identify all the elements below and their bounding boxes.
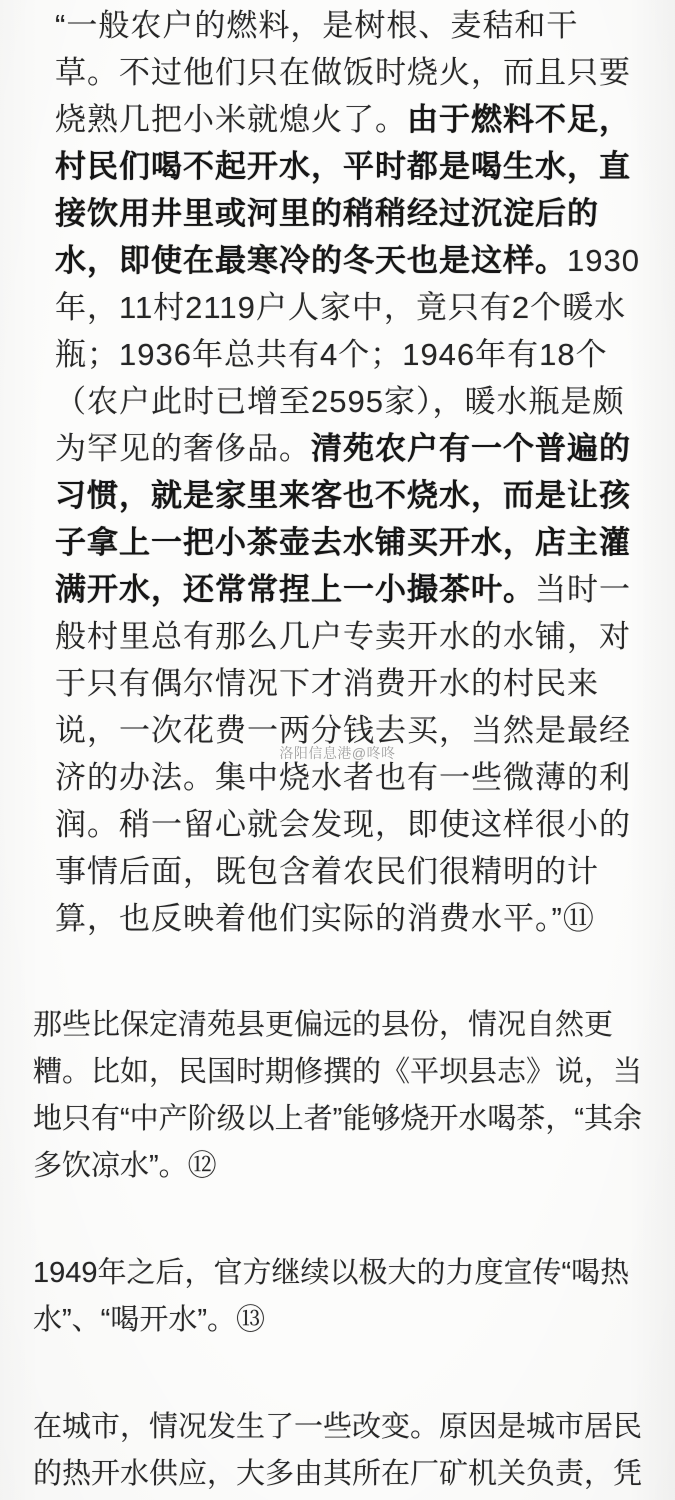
paragraph-remote-counties: 那些比保定清苑县更偏远的县份，情况自然更糟。比如，民国时期修撰的《平坝县志》说，… bbox=[33, 1002, 653, 1190]
paragraph-after-1949: 1949年之后，官方继续以极大的力度宣传“喝热水”、“喝开水”。⑬ bbox=[33, 1250, 653, 1344]
watermark: 洛阳信息港@咚咚 bbox=[279, 743, 395, 763]
quoted-excerpt: “一般农户的燃料，是树根、麦秸和干草。不过他们只在做饭时烧火，而且只要烧熟几把小… bbox=[55, 2, 640, 942]
paragraph-cities: 在城市，情况发生了一些改变。原因是城市居民的热开水供应，大多由其所在厂矿机关负责… bbox=[33, 1404, 653, 1498]
document-page: { "watermark": "洛阳信息港@咚咚", "quote": { "s… bbox=[0, 0, 675, 1500]
